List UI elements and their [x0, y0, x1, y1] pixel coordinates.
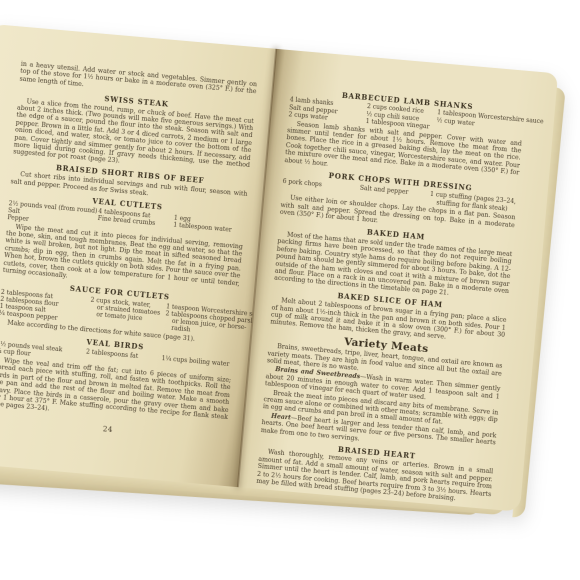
photo-frame: in a heavy utensil. Add water or stock a… — [0, 0, 580, 580]
ingredient-column: 1 teaspoon Worcestershire sauce2 tablesp… — [164, 303, 237, 338]
open-cookbook: in a heavy utensil. Add water or stock a… — [0, 24, 558, 512]
page-right-text: BARBECUED LAMB SHANKS4 lamb shanksSalt a… — [256, 87, 525, 506]
page-left-text: in a heavy utensil. Add water or stock a… — [0, 61, 257, 429]
book-page-left: in a heavy utensil. Add water or stock a… — [0, 24, 276, 487]
ingredient-column: 2 cups stock, water,or strained tomatoes… — [88, 296, 166, 331]
paragraph-lead-term: Heart — [271, 413, 291, 422]
book-page-right: BARBECUED LAMB SHANKS4 lamb shanksSalt a… — [238, 49, 558, 512]
